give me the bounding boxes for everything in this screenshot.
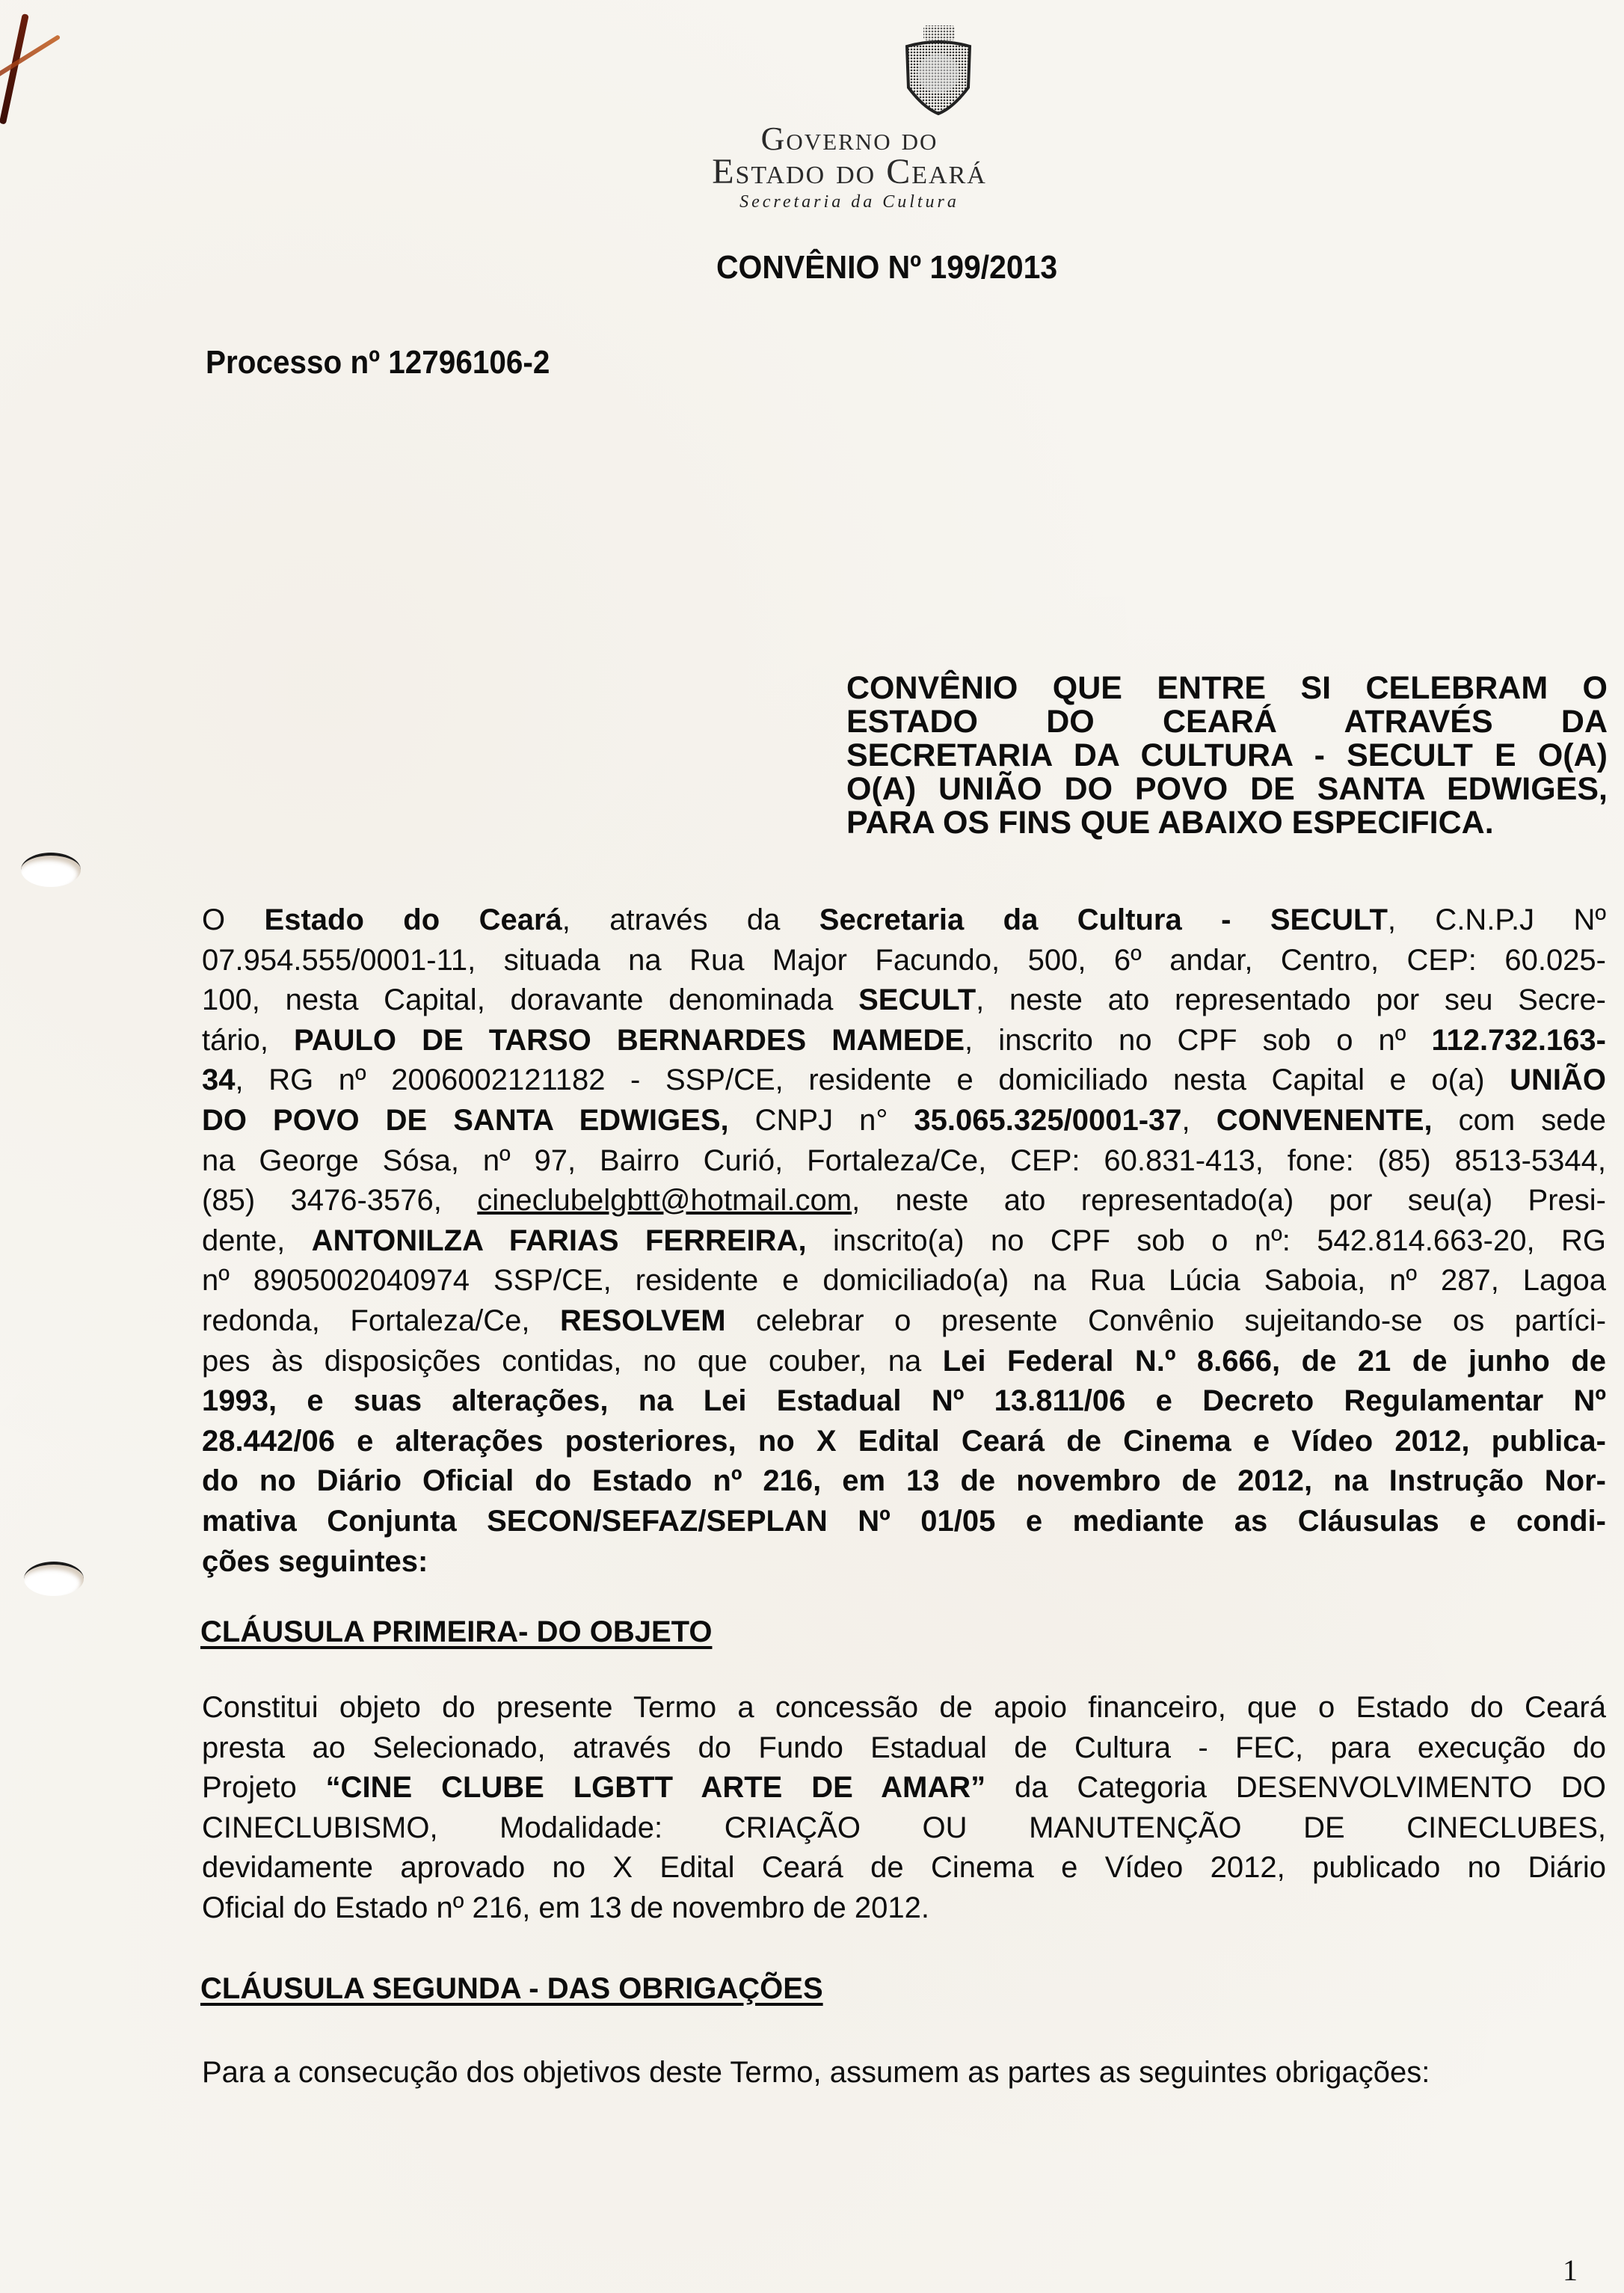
text-run: , neste ato representado por seu Secre- bbox=[976, 983, 1606, 1016]
letterhead-secretaria: Secretaria da Cultura bbox=[0, 192, 1624, 212]
text-line: redonda, Fortaleza/Ce, RESOLVEM celebrar… bbox=[202, 1301, 1606, 1342]
text-line: Para a consecução dos objetivos deste Te… bbox=[202, 2053, 1606, 2093]
text-run: dente, bbox=[202, 1224, 312, 1257]
bold-text: do no Diário Oficial do Estado nº 216, e… bbox=[202, 1464, 1606, 1497]
text-line: mativa Conjunta SECON/SEFAZ/SEPLAN Nº 01… bbox=[202, 1502, 1606, 1542]
bold-text: RESOLVEM bbox=[560, 1304, 726, 1337]
text-run: , bbox=[1182, 1104, 1217, 1137]
bold-text: SECULT bbox=[858, 983, 976, 1016]
letterhead-line-2: Estado do Ceará bbox=[0, 151, 1624, 192]
bold-text: 1993, e suas alterações, na Lei Estadual… bbox=[202, 1384, 1606, 1417]
page-number: 1 bbox=[1563, 2253, 1578, 2288]
bold-text: ções seguintes: bbox=[202, 1545, 428, 1578]
text-run: (85) 3476-3576, bbox=[202, 1184, 477, 1217]
text-run: 100, nesta Capital, doravante denominada bbox=[202, 983, 858, 1016]
ementa-line: PARA OS FINS QUE ABAIXO ESPECIFICA. bbox=[846, 806, 1608, 840]
bold-text: CONVENENTE, bbox=[1217, 1104, 1433, 1137]
ementa-line: ESTADO DO CEARÁ ATRAVÉS DA bbox=[846, 705, 1608, 739]
text-run: tário, bbox=[202, 1024, 294, 1057]
text-line: pes às disposições contidas, no que coub… bbox=[202, 1342, 1606, 1382]
text-run: Constitui objeto do presente Termo a con… bbox=[202, 1691, 1606, 1724]
text-line: Constitui objeto do presente Termo a con… bbox=[202, 1688, 1606, 1728]
email-link[interactable]: cineclubelgbtt@hotmail.com bbox=[477, 1184, 852, 1217]
clause-2-heading: CLÁUSULA SEGUNDA - DAS OBRIGAÇÕES bbox=[200, 1972, 823, 2006]
bold-text: 34 bbox=[202, 1063, 236, 1096]
text-run: inscrito(a) no CPF sob o nº: 542.814.663… bbox=[807, 1224, 1606, 1257]
text-run: redonda, Fortaleza/Ce, bbox=[202, 1304, 560, 1337]
text-line: (85) 3476-3576, cineclubelgbtt@hotmail.c… bbox=[202, 1181, 1606, 1221]
bold-text: UNIÃO bbox=[1510, 1063, 1606, 1096]
ementa-block: CONVÊNIO QUE ENTRE SI CELEBRAM O ESTADO … bbox=[846, 672, 1608, 840]
text-line: O Estado do Ceará, através da Secretaria… bbox=[202, 900, 1606, 941]
text-run: CINECLUBISMO, Modalidade: CRIAÇÃO OU MAN… bbox=[202, 1811, 1606, 1844]
text-line: 07.954.555/0001-11, situada na Rua Major… bbox=[202, 941, 1606, 981]
text-run: O bbox=[202, 903, 265, 936]
text-run: pes às disposições contidas, no que coub… bbox=[202, 1345, 943, 1378]
text-line: devidamente aprovado no X Edital Ceará d… bbox=[202, 1848, 1606, 1888]
text-line: 34, RG nº 2006002121182 - SSP/CE, reside… bbox=[202, 1060, 1606, 1101]
text-run: Para a consecução dos objetivos deste Te… bbox=[202, 2056, 1430, 2089]
punch-hole bbox=[24, 1562, 84, 1596]
bold-text: DO POVO DE SANTA EDWIGES, bbox=[202, 1104, 729, 1137]
process-number: Processo nº 12796106-2 bbox=[206, 344, 550, 381]
clause-1-paragraph: Constitui objeto do presente Termo a con… bbox=[202, 1688, 1606, 1929]
text-run: , RG nº 2006002121182 - SSP/CE, resident… bbox=[236, 1063, 1510, 1096]
text-run: nº 8905002040974 SSP/CE, residente e dom… bbox=[202, 1264, 1606, 1297]
state-crest-icon bbox=[901, 24, 976, 117]
text-line: ções seguintes: bbox=[202, 1542, 1606, 1583]
text-run: Oficial do Estado nº 216, em 13 de novem… bbox=[202, 1891, 929, 1924]
text-line: dente, ANTONILZA FARIAS FERREIRA, inscri… bbox=[202, 1221, 1606, 1262]
bold-text: Secretaria da Cultura - SECULT bbox=[819, 903, 1388, 936]
bold-text: ANTONILZA FARIAS FERREIRA, bbox=[312, 1224, 807, 1257]
bold-text: 112.732.163- bbox=[1431, 1024, 1606, 1057]
punch-hole bbox=[21, 853, 81, 887]
bold-text: 28.442/06 e alterações posteriores, no X… bbox=[202, 1425, 1606, 1458]
text-run: , através da bbox=[562, 903, 819, 936]
preamble-paragraph: O Estado do Ceará, através da Secretaria… bbox=[202, 900, 1606, 1582]
text-line: CINECLUBISMO, Modalidade: CRIAÇÃO OU MAN… bbox=[202, 1808, 1606, 1849]
document-title: CONVÊNIO Nº 199/2013 bbox=[716, 249, 1057, 286]
text-line: Oficial do Estado nº 216, em 13 de novem… bbox=[202, 1888, 1606, 1929]
clause-1-heading: CLÁUSULA PRIMEIRA- DO OBJETO bbox=[200, 1615, 712, 1649]
text-line: nº 8905002040974 SSP/CE, residente e dom… bbox=[202, 1261, 1606, 1301]
text-line: tário, PAULO DE TARSO BERNARDES MAMEDE, … bbox=[202, 1021, 1606, 1061]
text-line: 28.442/06 e alterações posteriores, no X… bbox=[202, 1422, 1606, 1462]
text-run: com sede bbox=[1433, 1104, 1606, 1137]
text-run: Projeto bbox=[202, 1771, 326, 1804]
text-line: 1993, e suas alterações, na Lei Estadual… bbox=[202, 1381, 1606, 1422]
text-run: devidamente aprovado no X Edital Ceará d… bbox=[202, 1851, 1606, 1884]
ementa-line: SECRETARIA DA CULTURA - SECULT E O(A) bbox=[846, 739, 1608, 773]
text-line: do no Diário Oficial do Estado nº 216, e… bbox=[202, 1461, 1606, 1502]
text-run: presta ao Selecionado, através do Fundo … bbox=[202, 1731, 1606, 1764]
ementa-line: O(A) UNIÃO DO POVO DE SANTA EDWIGES, bbox=[846, 773, 1608, 806]
text-line: presta ao Selecionado, através do Fundo … bbox=[202, 1728, 1606, 1769]
bold-text: PAULO DE TARSO BERNARDES MAMEDE bbox=[294, 1024, 965, 1057]
bold-text: Lei Federal N.º 8.666, de 21 de junho de bbox=[943, 1345, 1606, 1378]
bold-text: Estado do Ceará bbox=[265, 903, 562, 936]
bold-text: 35.065.325/0001-37 bbox=[914, 1104, 1181, 1137]
text-run: , inscrito no CPF sob o nº bbox=[965, 1024, 1431, 1057]
text-line: na George Sósa, nº 97, Bairro Curió, For… bbox=[202, 1141, 1606, 1182]
text-run: celebrar o presente Convênio sujeitando-… bbox=[726, 1304, 1606, 1337]
text-run: , neste ato representado(a) por seu(a) P… bbox=[852, 1184, 1606, 1217]
text-line: 100, nesta Capital, doravante denominada… bbox=[202, 980, 1606, 1021]
ementa-line: CONVÊNIO QUE ENTRE SI CELEBRAM O bbox=[846, 672, 1608, 705]
text-run: da Categoria DESENVOLVIMENTO DO bbox=[985, 1771, 1606, 1804]
bold-text: “CINE CLUBE LGBTT ARTE DE AMAR” bbox=[326, 1771, 986, 1804]
text-line: DO POVO DE SANTA EDWIGES, CNPJ n° 35.065… bbox=[202, 1101, 1606, 1141]
text-run: CNPJ n° bbox=[729, 1104, 914, 1137]
bold-text: mativa Conjunta SECON/SEFAZ/SEPLAN Nº 01… bbox=[202, 1505, 1606, 1538]
text-run: 07.954.555/0001-11, situada na Rua Major… bbox=[202, 944, 1606, 977]
text-run: na George Sósa, nº 97, Bairro Curió, For… bbox=[202, 1144, 1606, 1177]
clause-2-paragraph: Para a consecução dos objetivos deste Te… bbox=[202, 2053, 1606, 2093]
text-run: , C.N.P.J Nº bbox=[1388, 903, 1606, 936]
text-line: Projeto “CINE CLUBE LGBTT ARTE DE AMAR” … bbox=[202, 1768, 1606, 1808]
